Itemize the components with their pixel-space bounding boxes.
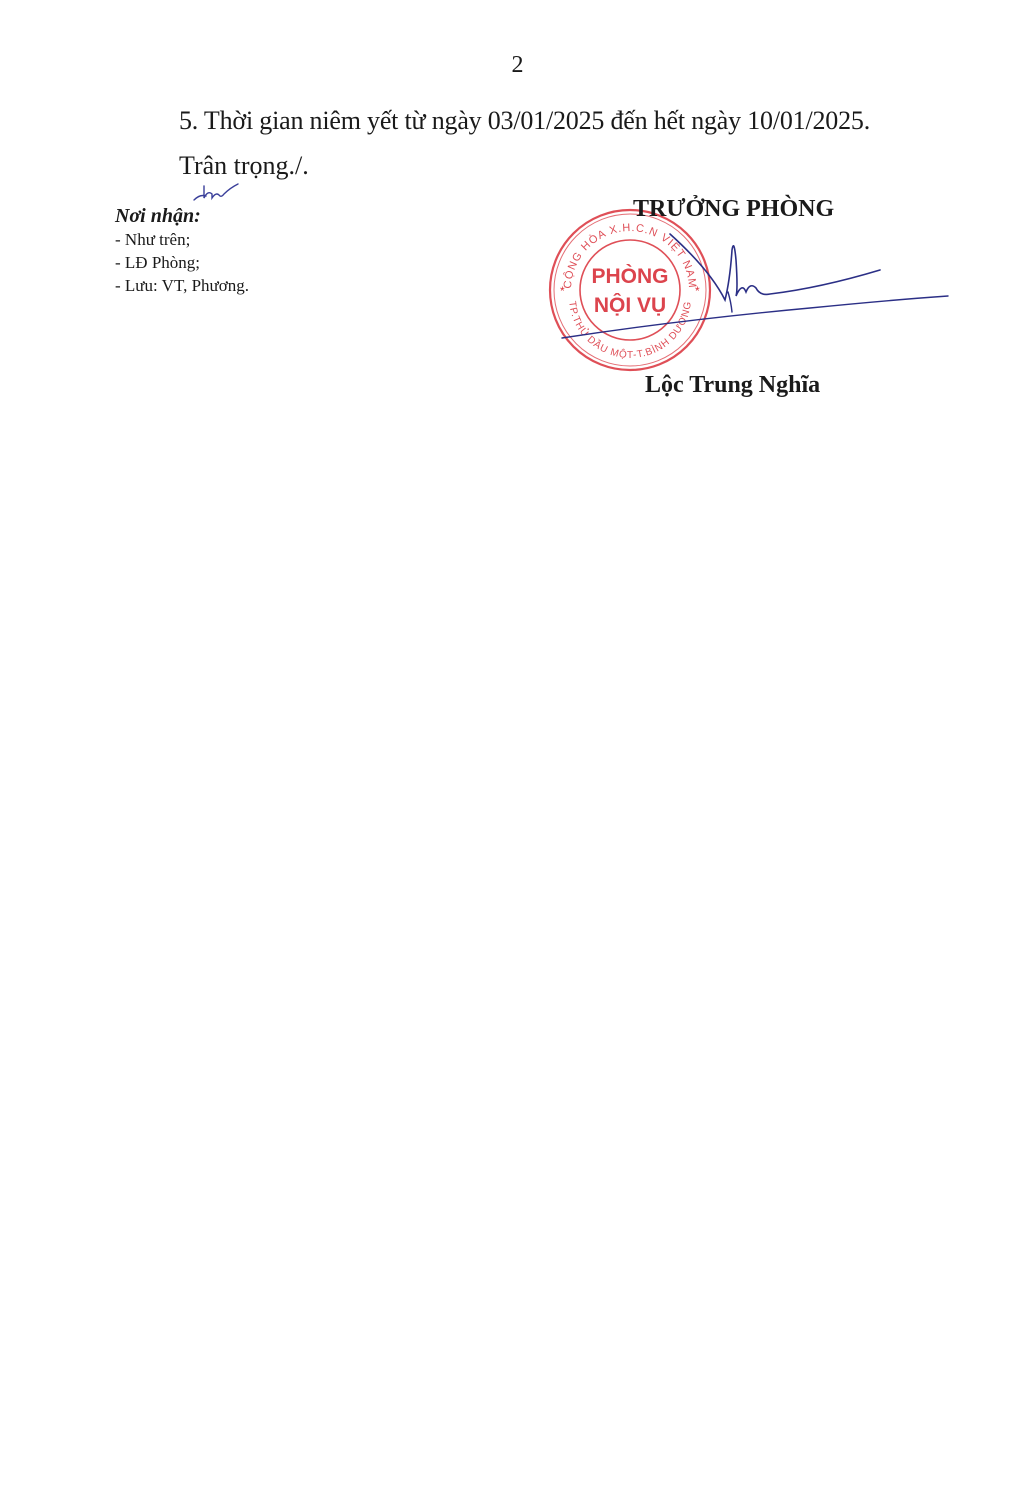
page-number: 2 [0, 52, 1035, 79]
recipient-item: - Lưu: VT, Phương. [115, 274, 249, 297]
initial-mark-icon [192, 180, 242, 206]
recipients-title: Nơi nhận: [115, 204, 249, 228]
signature-title: TRƯỞNG PHÒNG [633, 196, 834, 223]
closing-line: Trân trọng./. [179, 151, 309, 181]
recipient-item: - Như trên; [115, 228, 249, 251]
recipient-item: - LĐ Phòng; [115, 251, 249, 274]
signer-name: Lộc Trung Nghĩa [645, 372, 820, 399]
handwritten-signature-icon [560, 230, 960, 350]
item-5-posting-period: 5. Thời gian niêm yết từ ngày 03/01/2025… [179, 106, 870, 136]
recipients-block: Nơi nhận: - Như trên; - LĐ Phòng; - Lưu:… [115, 204, 249, 297]
